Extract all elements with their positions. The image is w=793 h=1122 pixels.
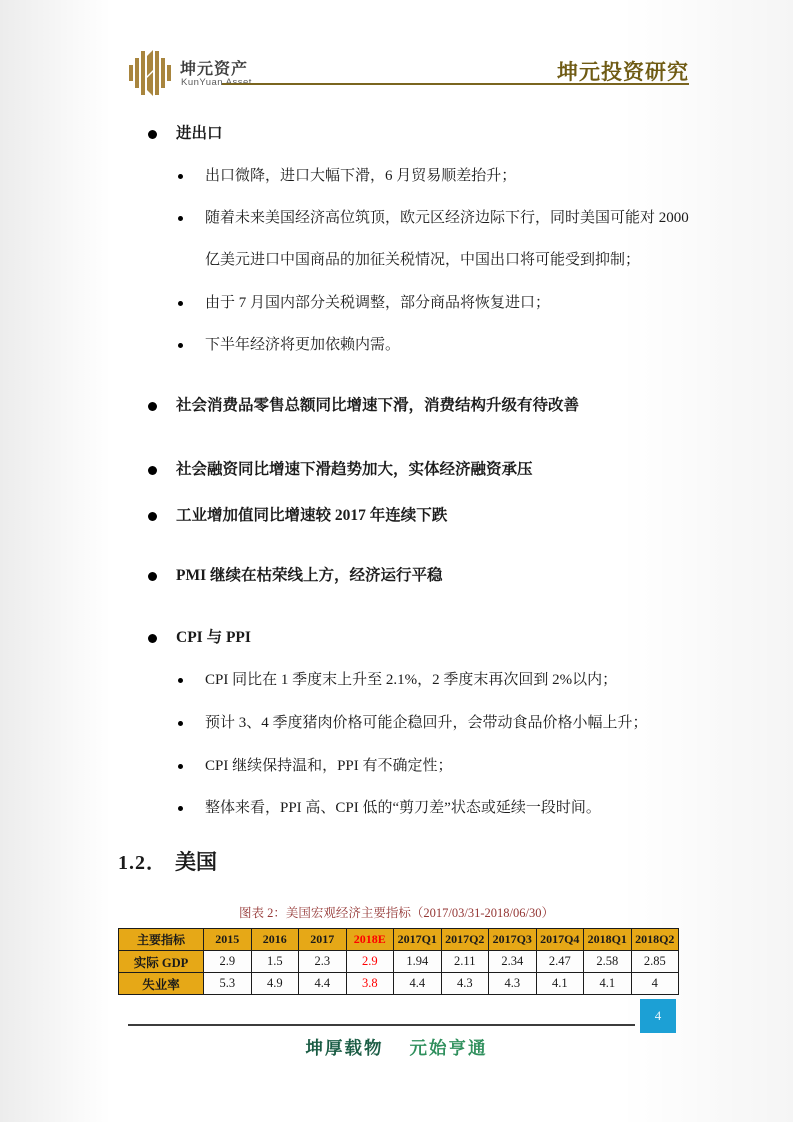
col-header: 2016 — [251, 929, 299, 951]
cell: 2.11 — [441, 951, 489, 973]
list-item-text: PMI 继续在枯荣线上方，经济运行平稳 — [176, 555, 662, 597]
bullet-icon — [178, 174, 183, 179]
bullet-icon — [148, 130, 157, 139]
col-header: 2017 — [299, 929, 347, 951]
col-header: 2017Q3 — [489, 929, 537, 951]
list-item: CPI 继续保持温和，PPI 有不确定性； — [178, 745, 691, 787]
footer-rule — [128, 1024, 635, 1026]
list-item: 社会融资同比增速下滑趋势加大，实体经济融资承压 — [148, 449, 662, 491]
list-item: 预计 3、4 季度猪肉价格可能企稳回升，会带动食品价格小幅上升； — [178, 702, 691, 744]
col-header: 2018Q2 — [631, 929, 679, 951]
list-item-text: 预计 3、4 季度猪肉价格可能企稳回升，会带动食品价格小幅上升； — [205, 702, 691, 744]
cell: 2.9 — [204, 951, 252, 973]
section-heading: 1.2．美国 — [118, 846, 217, 876]
cell: 4.4 — [299, 973, 347, 995]
bullet-icon — [178, 216, 183, 221]
cell: 2.85 — [631, 951, 679, 973]
footer-motto-left: 坤厚载物 — [306, 1038, 384, 1058]
cell: 4.4 — [394, 973, 442, 995]
col-header: 2017Q2 — [441, 929, 489, 951]
table-row: 实际 GDP 2.9 1.5 2.3 2.9 1.94 2.11 2.34 2.… — [119, 951, 679, 973]
bullet-icon — [178, 764, 183, 769]
header-rule — [222, 83, 689, 85]
table-row: 失业率 5.3 4.9 4.4 3.8 4.4 4.3 4.3 4.1 4.1 … — [119, 973, 679, 995]
list-item: 进出口 — [148, 113, 662, 155]
list-item-text: 下半年经济将更加依赖内需。 — [205, 324, 691, 366]
list-item-text: 社会融资同比增速下滑趋势加大，实体经济融资承压 — [176, 449, 662, 491]
list-item: 整体来看，PPI 高、CPI 低的“剪刀差”状态或延续一段时间。 — [178, 787, 691, 829]
cell: 4.1 — [584, 973, 632, 995]
list-item-text: CPI 与 PPI — [176, 617, 662, 659]
cell: 4.3 — [441, 973, 489, 995]
cell: 5.3 — [204, 973, 252, 995]
cell-estimate: 3.8 — [346, 973, 394, 995]
list-item: CPI 与 PPI — [148, 617, 662, 659]
section-number: 1.2 — [118, 852, 146, 874]
list-item: CPI 同比在 1 季度末上升至 2.1%，2 季度末再次回到 2%以内； — [178, 659, 691, 701]
bullet-icon — [148, 634, 157, 643]
col-header: 2017Q1 — [394, 929, 442, 951]
list-item: 由于 7 月国内部分关税调整，部分商品将恢复进口； — [178, 282, 691, 324]
cell: 1.5 — [251, 951, 299, 973]
bullet-icon — [178, 806, 183, 811]
list-item: 社会消费品零售总额同比增速下滑，消费结构升级有待改善 — [148, 385, 662, 427]
document-page: 坤元资产 KunYuan Asset 坤元投资研究 进出口 出口微降，进口大幅下… — [0, 0, 793, 1122]
list-item-text: 整体来看，PPI 高、CPI 低的“剪刀差”状态或延续一段时间。 — [205, 787, 691, 829]
bullet-icon — [178, 721, 183, 726]
bullet-icon — [148, 512, 157, 521]
col-header: 2018Q1 — [584, 929, 632, 951]
cell: 2.34 — [489, 951, 537, 973]
cell: 2.47 — [536, 951, 584, 973]
list-item-text: 工业增加值同比增速较 2017 年连续下跌 — [176, 495, 662, 537]
col-header-estimate: 2018E — [346, 929, 394, 951]
cell-estimate: 2.9 — [346, 951, 394, 973]
cell: 1.94 — [394, 951, 442, 973]
bullet-icon — [148, 402, 157, 411]
cell: 4 — [631, 973, 679, 995]
footer-motto: 坤厚载物元始亨通 — [0, 1035, 793, 1060]
page-number-badge: 4 — [640, 999, 676, 1033]
table-header-row: 主要指标 2015 2016 2017 2018E 2017Q1 2017Q2 … — [119, 929, 679, 951]
logo-company-name: 坤元资产 — [180, 56, 248, 79]
col-header: 2015 — [204, 929, 252, 951]
figure-caption: 图表 2：美国宏观经济主要指标（2017/03/31-2018/06/30） — [0, 903, 793, 921]
col-header: 2017Q4 — [536, 929, 584, 951]
cell: 2.58 — [584, 951, 632, 973]
row-label: 失业率 — [119, 973, 204, 995]
bullet-icon — [178, 678, 183, 683]
row-label: 实际 GDP — [119, 951, 204, 973]
list-item: PMI 继续在枯荣线上方，经济运行平稳 — [148, 555, 662, 597]
list-item: 随着未来美国经济高位筑顶，欧元区经济边际下行，同时美国可能对 2000 亿美元进… — [178, 197, 691, 281]
section-separator: ． — [146, 852, 167, 874]
bullet-icon — [148, 572, 157, 581]
report-header-title: 坤元投资研究 — [557, 56, 689, 86]
cell: 4.3 — [489, 973, 537, 995]
list-item-text: 出口微降，进口大幅下滑，6 月贸易顺差抬升； — [205, 155, 691, 197]
list-item-text: CPI 同比在 1 季度末上升至 2.1%，2 季度末再次回到 2%以内； — [205, 659, 691, 701]
cell: 4.9 — [251, 973, 299, 995]
list-item-text: 进出口 — [176, 113, 662, 155]
kunyuan-logo-icon — [128, 46, 172, 100]
col-header: 主要指标 — [119, 929, 204, 951]
list-item-text: 社会消费品零售总额同比增速下滑，消费结构升级有待改善 — [176, 385, 662, 427]
list-item: 下半年经济将更加依赖内需。 — [178, 324, 691, 366]
list-item-text: 随着未来美国经济高位筑顶，欧元区经济边际下行，同时美国可能对 2000 亿美元进… — [205, 197, 691, 281]
list-item-text: CPI 继续保持温和，PPI 有不确定性； — [205, 745, 691, 787]
footer-motto-right: 元始亨通 — [410, 1038, 488, 1058]
list-item: 工业增加值同比增速较 2017 年连续下跌 — [148, 495, 662, 537]
bullet-icon — [178, 343, 183, 348]
bullet-icon — [148, 466, 157, 475]
bullet-icon — [178, 301, 183, 306]
list-item: 出口微降，进口大幅下滑，6 月贸易顺差抬升； — [178, 155, 691, 197]
cell: 2.3 — [299, 951, 347, 973]
list-item-text: 由于 7 月国内部分关税调整，部分商品将恢复进口； — [205, 282, 691, 324]
section-title: 美国 — [175, 850, 217, 874]
macro-indicators-table: 主要指标 2015 2016 2017 2018E 2017Q1 2017Q2 … — [118, 928, 679, 995]
cell: 4.1 — [536, 973, 584, 995]
